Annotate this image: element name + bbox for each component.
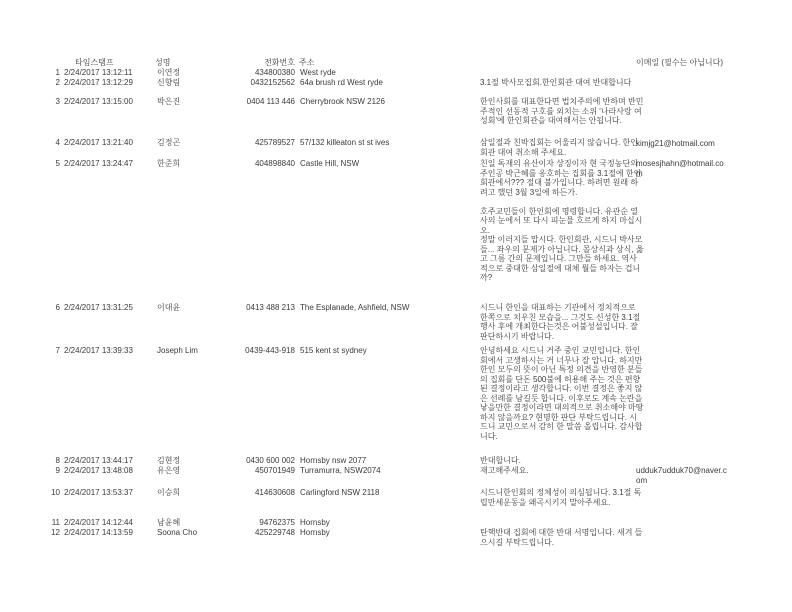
- email-cell: udduk7udduk70@naver.com: [636, 466, 730, 485]
- row-number: 11: [40, 518, 60, 528]
- header-timestamp: 타임스탬프: [75, 58, 114, 68]
- timestamp-cell: 2/24/2017 14:13:59: [64, 528, 156, 538]
- table-row: 8 2/24/2017 13:44:17 김현정 0430 600 002 Ho…: [0, 456, 792, 466]
- timestamp-cell: 2/24/2017 14:12:44: [64, 518, 156, 528]
- address-cell: The Esplanade, Ashfield, NSW: [300, 303, 478, 313]
- address-cell: Carlingford NSW 2118: [300, 488, 478, 498]
- phone-cell: 0432152562: [203, 78, 295, 88]
- table-row: 10 2/24/2017 13:53:37 이승희 414630608 Carl…: [0, 488, 792, 498]
- comment-cell: 재고해주세요.: [480, 466, 644, 476]
- header-name: 성명: [155, 58, 170, 68]
- table-row: 6 2/24/2017 13:31:25 이대윤 0413 488 213 Th…: [0, 303, 792, 313]
- phone-cell: 414630608: [203, 488, 295, 498]
- address-cell: Hornsby: [300, 518, 478, 528]
- address-cell: 64a brush rd West ryde: [300, 78, 478, 88]
- timestamp-cell: 2/24/2017 13:21:40: [64, 138, 156, 148]
- timestamp-cell: 2/24/2017 13:12:29: [64, 78, 156, 88]
- address-cell: 57/132 killeaton st st ives: [300, 138, 478, 148]
- phone-cell: 425789527: [203, 138, 295, 148]
- row-number: 8: [40, 456, 60, 466]
- table-row: 3 2/24/2017 13:15:00 박은진 0404 113 446 Ch…: [0, 97, 792, 107]
- timestamp-cell: 2/24/2017 13:31:25: [64, 303, 156, 313]
- header-phone: 전화번호: [203, 58, 295, 68]
- table-row: 12 2/24/2017 14:13:59 Soona Cho 42522974…: [0, 528, 792, 538]
- address-cell: Hornsby nsw 2077: [300, 456, 478, 466]
- comment-cell: 시드니한인회의 정체성이 의심됩니다. 3.1절 독립만세운동을 왜곡시키지 말…: [480, 488, 644, 507]
- row-number: 5: [40, 159, 60, 169]
- table-row: 1 2/24/2017 13:12:11 이연정 434800380 West …: [0, 68, 792, 78]
- row-number: 7: [40, 346, 60, 356]
- phone-cell: 94762375: [203, 518, 295, 528]
- row-number: 2: [40, 78, 60, 88]
- phone-cell: 450701949: [203, 466, 295, 476]
- comment-cell: 안녕하세요 시드니 거주 중인 교민입니다. 한인회에서 고생하시는 거 너무나…: [480, 346, 644, 441]
- phone-cell: 0439-443-918: [203, 346, 295, 356]
- row-number: 12: [40, 528, 60, 538]
- address-cell: Castle Hill, NSW: [300, 159, 478, 169]
- phone-cell: 425229748: [203, 528, 295, 538]
- table-header-row: 타임스탬프 성명 전화번호 주소 이메일 (필수는 아닙니다): [0, 58, 792, 68]
- timestamp-cell: 2/24/2017 13:12:11: [64, 68, 156, 78]
- address-cell: Turramurra, NSW2074: [300, 466, 478, 476]
- timestamp-cell: 2/24/2017 13:24:47: [64, 159, 156, 169]
- comment-cell: 친일 독재의 유산이자 상징이자 현 국정농단의 주인공 박근혜를 옹호하는 집…: [480, 159, 644, 283]
- comment-cell: 반대합니다.: [480, 456, 644, 466]
- phone-cell: 404898840: [203, 159, 295, 169]
- table-row: 7 2/24/2017 13:39:33 Joseph Lim 0439-443…: [0, 346, 792, 356]
- address-cell: Hornsby: [300, 528, 478, 538]
- row-number: 4: [40, 138, 60, 148]
- email-cell: mosesjhahn@hotmail.com: [636, 159, 730, 178]
- header-email: 이메일 (필수는 아닙니다): [636, 58, 723, 68]
- form-responses-sheet: 타임스탬프 성명 전화번호 주소 이메일 (필수는 아닙니다) 1 2/24/2…: [0, 0, 792, 612]
- phone-cell: 434800380: [203, 68, 295, 78]
- comment-cell: 시드니 한인을 대표하는 기관에서 정치적으로 한쪽으로 치우친 모습을... …: [480, 303, 644, 341]
- comment-cell: 3.1절 박사모집회.한인회관 대여 반대합니다: [480, 78, 644, 88]
- phone-cell: 0430 600 002: [203, 456, 295, 466]
- header-address: 주소: [299, 58, 314, 68]
- phone-cell: 0413 488 213: [203, 303, 295, 313]
- address-cell: 515 kent st sydney: [300, 346, 478, 356]
- timestamp-cell: 2/24/2017 13:44:17: [64, 456, 156, 466]
- email-cell: kimjg21@hotmail.com: [636, 139, 730, 149]
- phone-cell: 0404 113 446: [203, 97, 295, 107]
- comment-cell: 삼일절과 친박집회는 어울리지 않습니다. 한인회관 대여 취소해 주세요.: [480, 138, 644, 157]
- timestamp-cell: 2/24/2017 13:15:00: [64, 97, 156, 107]
- address-cell: Cherrybrook NSW 2126: [300, 97, 478, 107]
- table-row: 11 2/24/2017 14:12:44 남윤혜 94762375 Horns…: [0, 518, 792, 528]
- row-number: 1: [40, 68, 60, 78]
- timestamp-cell: 2/24/2017 13:48:08: [64, 466, 156, 476]
- timestamp-cell: 2/24/2017 13:53:37: [64, 488, 156, 498]
- timestamp-cell: 2/24/2017 13:39:33: [64, 346, 156, 356]
- comment-cell: 탄핵반대 집회에 대한 반대 서명입니다. 새겨 들으시길 부탁드립니다.: [480, 528, 644, 547]
- row-number: 9: [40, 466, 60, 476]
- row-number: 6: [40, 303, 60, 313]
- comment-cell: 한인사회를 대표한다면 법치주의에 반하며 반민주적인 선동적 구호를 외치는 …: [480, 97, 644, 126]
- row-number: 3: [40, 97, 60, 107]
- address-cell: West ryde: [300, 68, 478, 78]
- row-number: 10: [40, 488, 60, 498]
- table-row: 2 2/24/2017 13:12:29 신향림 0432152562 64a …: [0, 78, 792, 88]
